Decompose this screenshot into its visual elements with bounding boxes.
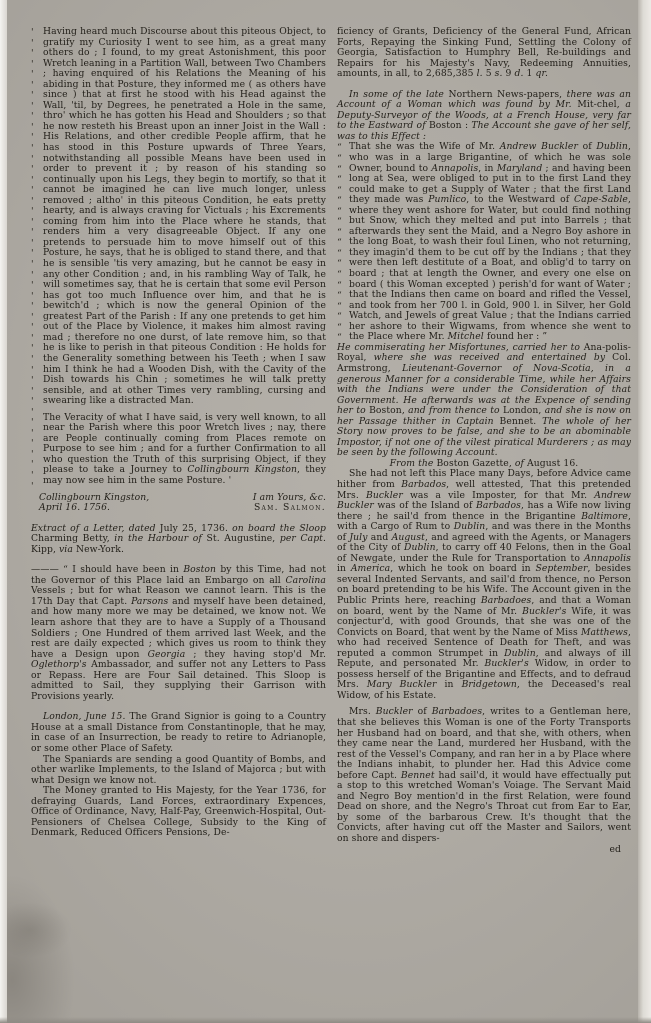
single-quote-gutter-marks: ' ' ' ' ' ' ' ' ' ' ' ' ' ' ' ' ' ' ' ' … — [31, 28, 43, 492]
quoted-letter-wall-man: ' ' ' ' ' ' ' ' ' ' ' ' ' ' ' ' ' ' ' ' … — [43, 27, 326, 487]
woman-account-quoted-passage: “ “ “ “ “ “ “ “ “ “ “ “ “ “ “ “ “ “ “ Th… — [349, 142, 631, 342]
newspaper-page: ' ' ' ' ' ' ' ' ' ' ' ' ' ' ' ' ' ' ' ' … — [0, 0, 651, 1023]
woman-account-intro: In some of the late Northern News-papers… — [337, 90, 631, 143]
left-column: ' ' ' ' ' ' ' ' ' ' ' ' ' ' ' ' ' ' ' ' … — [31, 27, 326, 839]
scan-left-edge — [0, 0, 7, 1023]
woman-account-editor-comment: He commiserating her Misfortunes, carrie… — [337, 343, 631, 459]
signature-date: April 16. 1756. — [39, 503, 149, 514]
extract-letter-heading: Extract of a Letter, dated July 25, 1736… — [31, 524, 326, 556]
signature-name: Sam. Salmon. — [253, 503, 326, 514]
scan-bottom-edge — [0, 1017, 651, 1023]
spaniards-paragraph: The Spaniards are sending a good Quantit… — [31, 755, 326, 787]
extract-letter-body: ——— “ I should have been in Boston by th… — [31, 565, 326, 702]
money-granted-continuation: ficiency of Grants, Deficiency of the Ge… — [337, 27, 631, 80]
wall-man-paragraph-2: The Veracity of what I have said, is ver… — [43, 413, 326, 487]
mrs-buckler-letter-paragraph: Mrs. Buckler of Barbadoes, writes to a G… — [337, 707, 631, 844]
double-quote-gutter-marks: “ “ “ “ “ “ “ “ “ “ “ “ “ “ “ “ “ “ “ — [337, 143, 349, 343]
boston-gazette-body: She had not left this Place many Days, b… — [337, 469, 631, 701]
scan-right-edge — [638, 0, 651, 1023]
right-column: ficiency of Grants, Deficiency of the Ge… — [337, 27, 631, 855]
letter-signature-block: Collingbourn Kingston, April 16. 1756. I… — [39, 493, 326, 514]
hyphenated-word-continuation: ed — [337, 845, 631, 856]
wall-man-paragraph-1: Having heard much Discourse about this p… — [43, 27, 326, 407]
london-news-paragraph: London, June 15. The Grand Signior is go… — [31, 712, 326, 754]
money-granted-paragraph: The Money granted to His Majesty, for th… — [31, 786, 326, 839]
woman-account-quote-text: That she was the Wife of Mr. Andrew Buck… — [349, 142, 631, 342]
